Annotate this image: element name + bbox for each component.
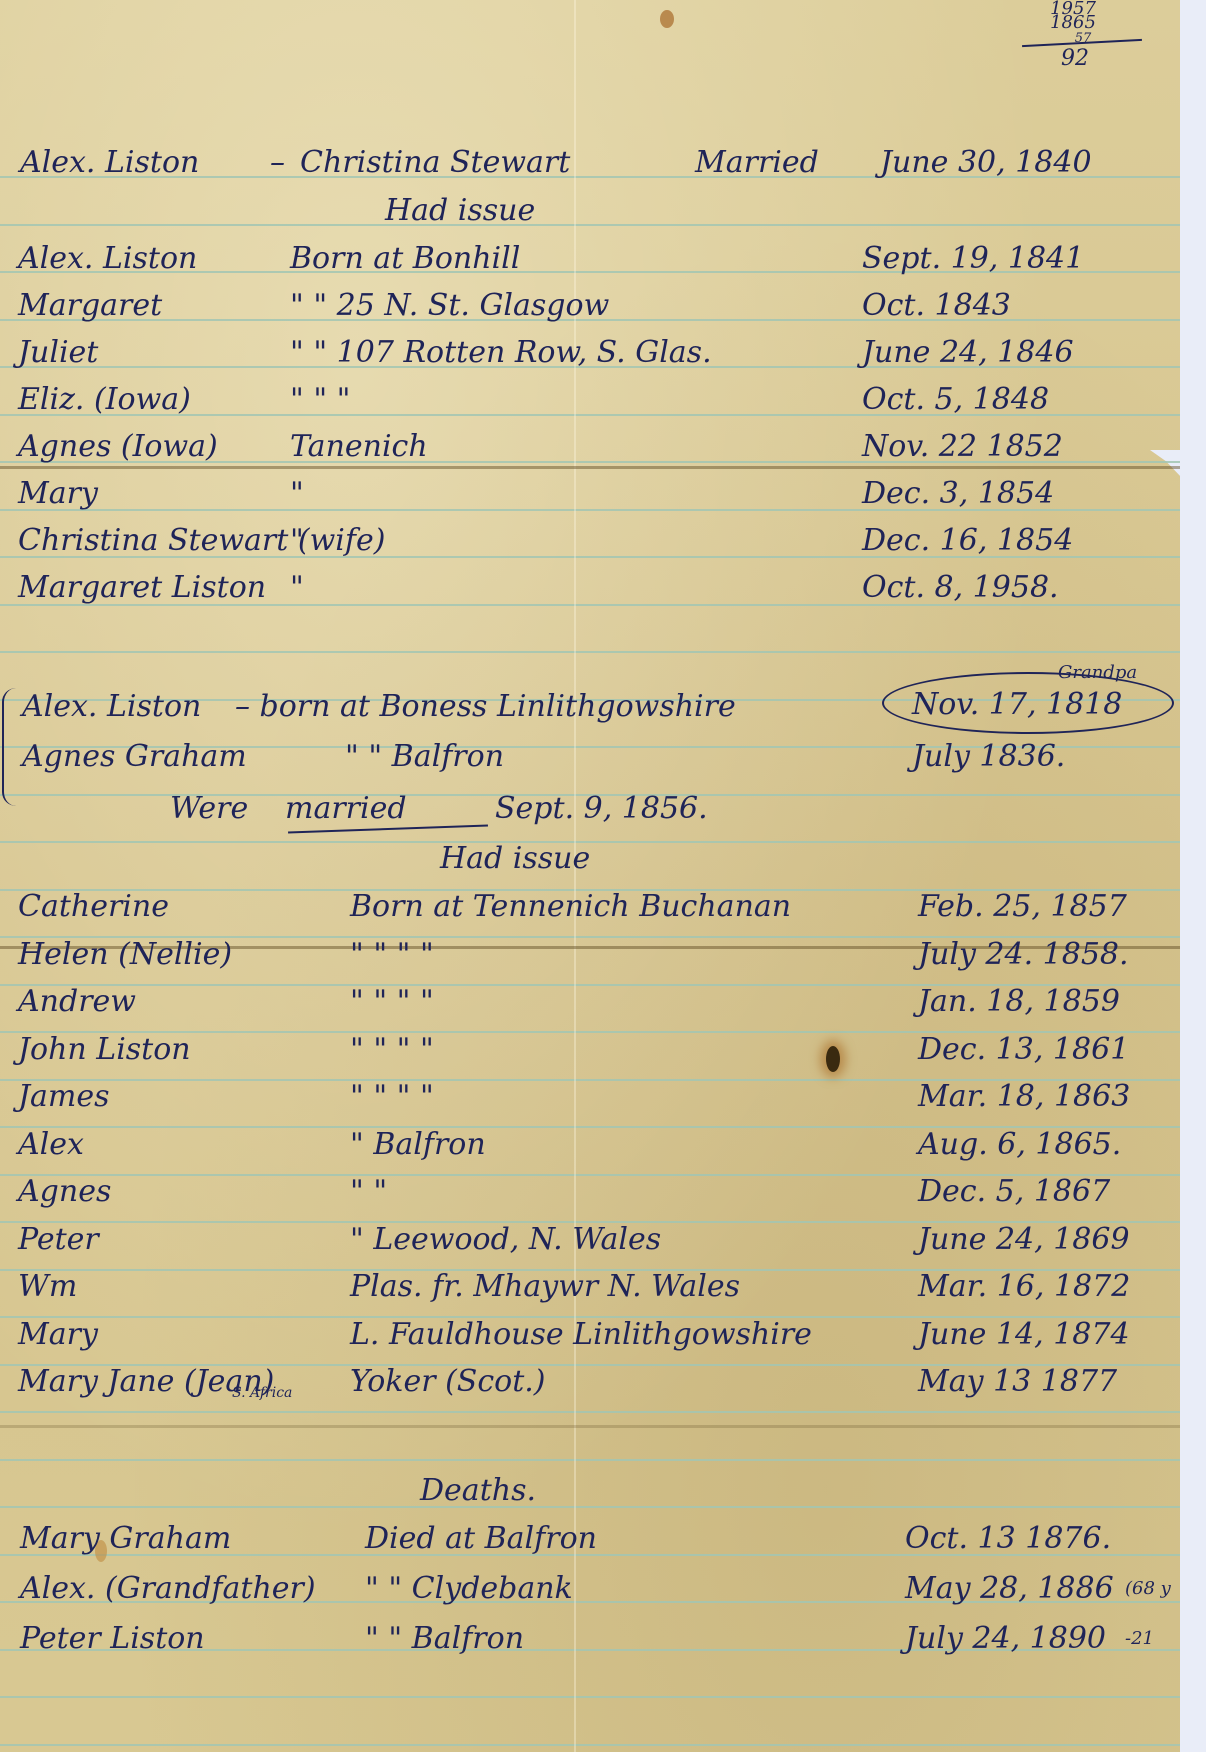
were-label: Were [170,792,248,826]
child-name: Margaret [18,289,162,323]
mother-birthdate: July 1836. [912,740,1065,774]
child-birthdate: Mar. 18, 1863 [918,1080,1130,1114]
deceased-name: Peter Liston [20,1622,205,1656]
child-birthdate: Oct. 8, 1958. [862,571,1059,605]
child-birthdate: Mar. 16, 1872 [918,1270,1130,1304]
child-birthplace: " [290,571,304,605]
child-name: Agnes [18,1175,111,1209]
child-birthdate: Oct. 5, 1848 [862,383,1049,417]
married-word: married [285,792,407,826]
child-birthdate: June 24, 1869 [918,1223,1130,1257]
child-birthplace: " " [350,1175,387,1209]
rule-line [0,1696,1180,1698]
south-africa-note: S. Africa [232,1376,292,1410]
mother-name: Agnes Graham [22,740,247,774]
deceased-name: Alex. (Grandfather) [20,1572,316,1606]
child-birthplace: " " 25 N. St. Glasgow [290,289,609,323]
child-birthplace: Tanenich [290,430,428,464]
father-name: Alex. Liston [22,690,201,724]
child-birthplace: " " 107 Rotten Row, S. Glas. [290,336,712,370]
mother-birthplace: " " Balfron [345,740,504,774]
child-name: Alex [18,1128,84,1162]
grandpa-annotation: Grandpa [1058,656,1137,690]
child-birthplace: " " " " [350,1033,434,1067]
dash: – [270,146,285,180]
death-date: May 28, 1886 [905,1572,1114,1606]
child-birthdate: Dec. 13, 1861 [918,1033,1129,1067]
rule-line [0,224,1180,226]
child-name: Eliz. (Iowa) [18,383,191,417]
death-place: " " Clydebank [365,1572,573,1606]
child-name: James [18,1080,110,1114]
child-birthdate: Feb. 25, 1857 [918,890,1127,924]
deceased-name: Mary Graham [20,1522,231,1556]
husband-name: Alex. Liston [20,146,199,180]
child-name: John Liston [18,1033,191,1067]
child-name: Wm [18,1270,77,1304]
child-birthplace: " " " " [350,1080,434,1114]
father-birthplace: – born at Boness Linlithgowshire [235,690,736,724]
rule-line [0,1411,1180,1413]
child-birthplace: Born at Tennenich Buchanan [350,890,791,924]
had-issue-heading-2: Had issue [440,842,590,876]
child-birthplace: " " " " [350,985,434,1019]
child-birthdate: July 24. 1858. [918,938,1129,972]
child-birthdate: Oct. 1843 [862,289,1011,323]
deaths-heading: Deaths. [420,1474,536,1508]
father-birthdate: Nov. 17, 1818 [912,688,1122,722]
child-birthplace: " [290,524,304,558]
stain [660,10,674,28]
child-name: Alex. Liston [18,242,197,276]
rule-line [0,1744,1180,1746]
death-place: Died at Balfron [365,1522,597,1556]
child-name: Helen (Nellie) [18,938,232,972]
death-date: July 24, 1890 [905,1622,1106,1656]
child-birthdate: Aug. 6, 1865. [918,1128,1121,1162]
child-birthdate: Dec. 5, 1867 [918,1175,1110,1209]
child-birthdate: Jan. 18, 1859 [918,985,1120,1019]
child-name: Andrew [18,985,136,1019]
child-name: Mary [18,477,98,511]
marriage-date: June 30, 1840 [880,146,1092,180]
child-name: Agnes (Iowa) [18,430,218,464]
child-birthdate: June 14, 1874 [918,1318,1130,1352]
child-birthplace: L. Fauldhouse Linlithgowshire [350,1318,812,1352]
child-birthdate: Dec. 3, 1854 [862,477,1054,511]
death-place: " " Balfron [365,1622,524,1656]
child-name: Christina Stewart (wife) [18,524,385,558]
rule-line [0,1459,1180,1461]
rule-line [0,651,1180,653]
brace [2,688,18,806]
child-birthplace: Yoker (Scot.) [350,1365,545,1399]
child-birthplace: " Leewood, N. Wales [350,1223,661,1257]
horizontal-crease [0,1425,1180,1428]
child-birthplace: " [290,477,304,511]
wife-name: Christina Stewart [300,146,570,180]
child-birthplace: " " " [290,383,350,417]
child-name: Peter [18,1223,99,1257]
death-note: -21 [1125,1622,1154,1656]
death-note: (68 y [1125,1572,1171,1606]
rule-line [0,1506,1180,1508]
death-date: Oct. 13 1876. [905,1522,1111,1556]
ink-stain [826,1046,840,1072]
had-issue-heading: Had issue [385,194,535,228]
child-name: Catherine [18,890,169,924]
child-birthplace: " Balfron [350,1128,486,1162]
child-birthdate: June 24, 1846 [862,336,1074,370]
child-birthplace: Plas. fr. Mhaywr N. Wales [350,1270,740,1304]
child-name: Margaret Liston [18,571,266,605]
child-birthdate: Sept. 19, 1841 [862,242,1084,276]
child-birthdate: Nov. 22 1852 [862,430,1063,464]
calc-result: 92 [1030,50,1120,68]
child-birthplace: Born at Bonhill [290,242,520,276]
child-birthplace: " " " " [350,938,434,972]
vertical-fold [574,0,576,1752]
child-birthdate: Dec. 16, 1854 [862,524,1073,558]
marriage-date-2: Sept. 9, 1856. [495,792,708,826]
married-label: Married [695,146,819,180]
child-name: Juliet [18,336,98,370]
child-birthdate: May 13 1877 [918,1365,1117,1399]
child-name: Mary [18,1318,98,1352]
horizontal-crease [0,466,1180,469]
